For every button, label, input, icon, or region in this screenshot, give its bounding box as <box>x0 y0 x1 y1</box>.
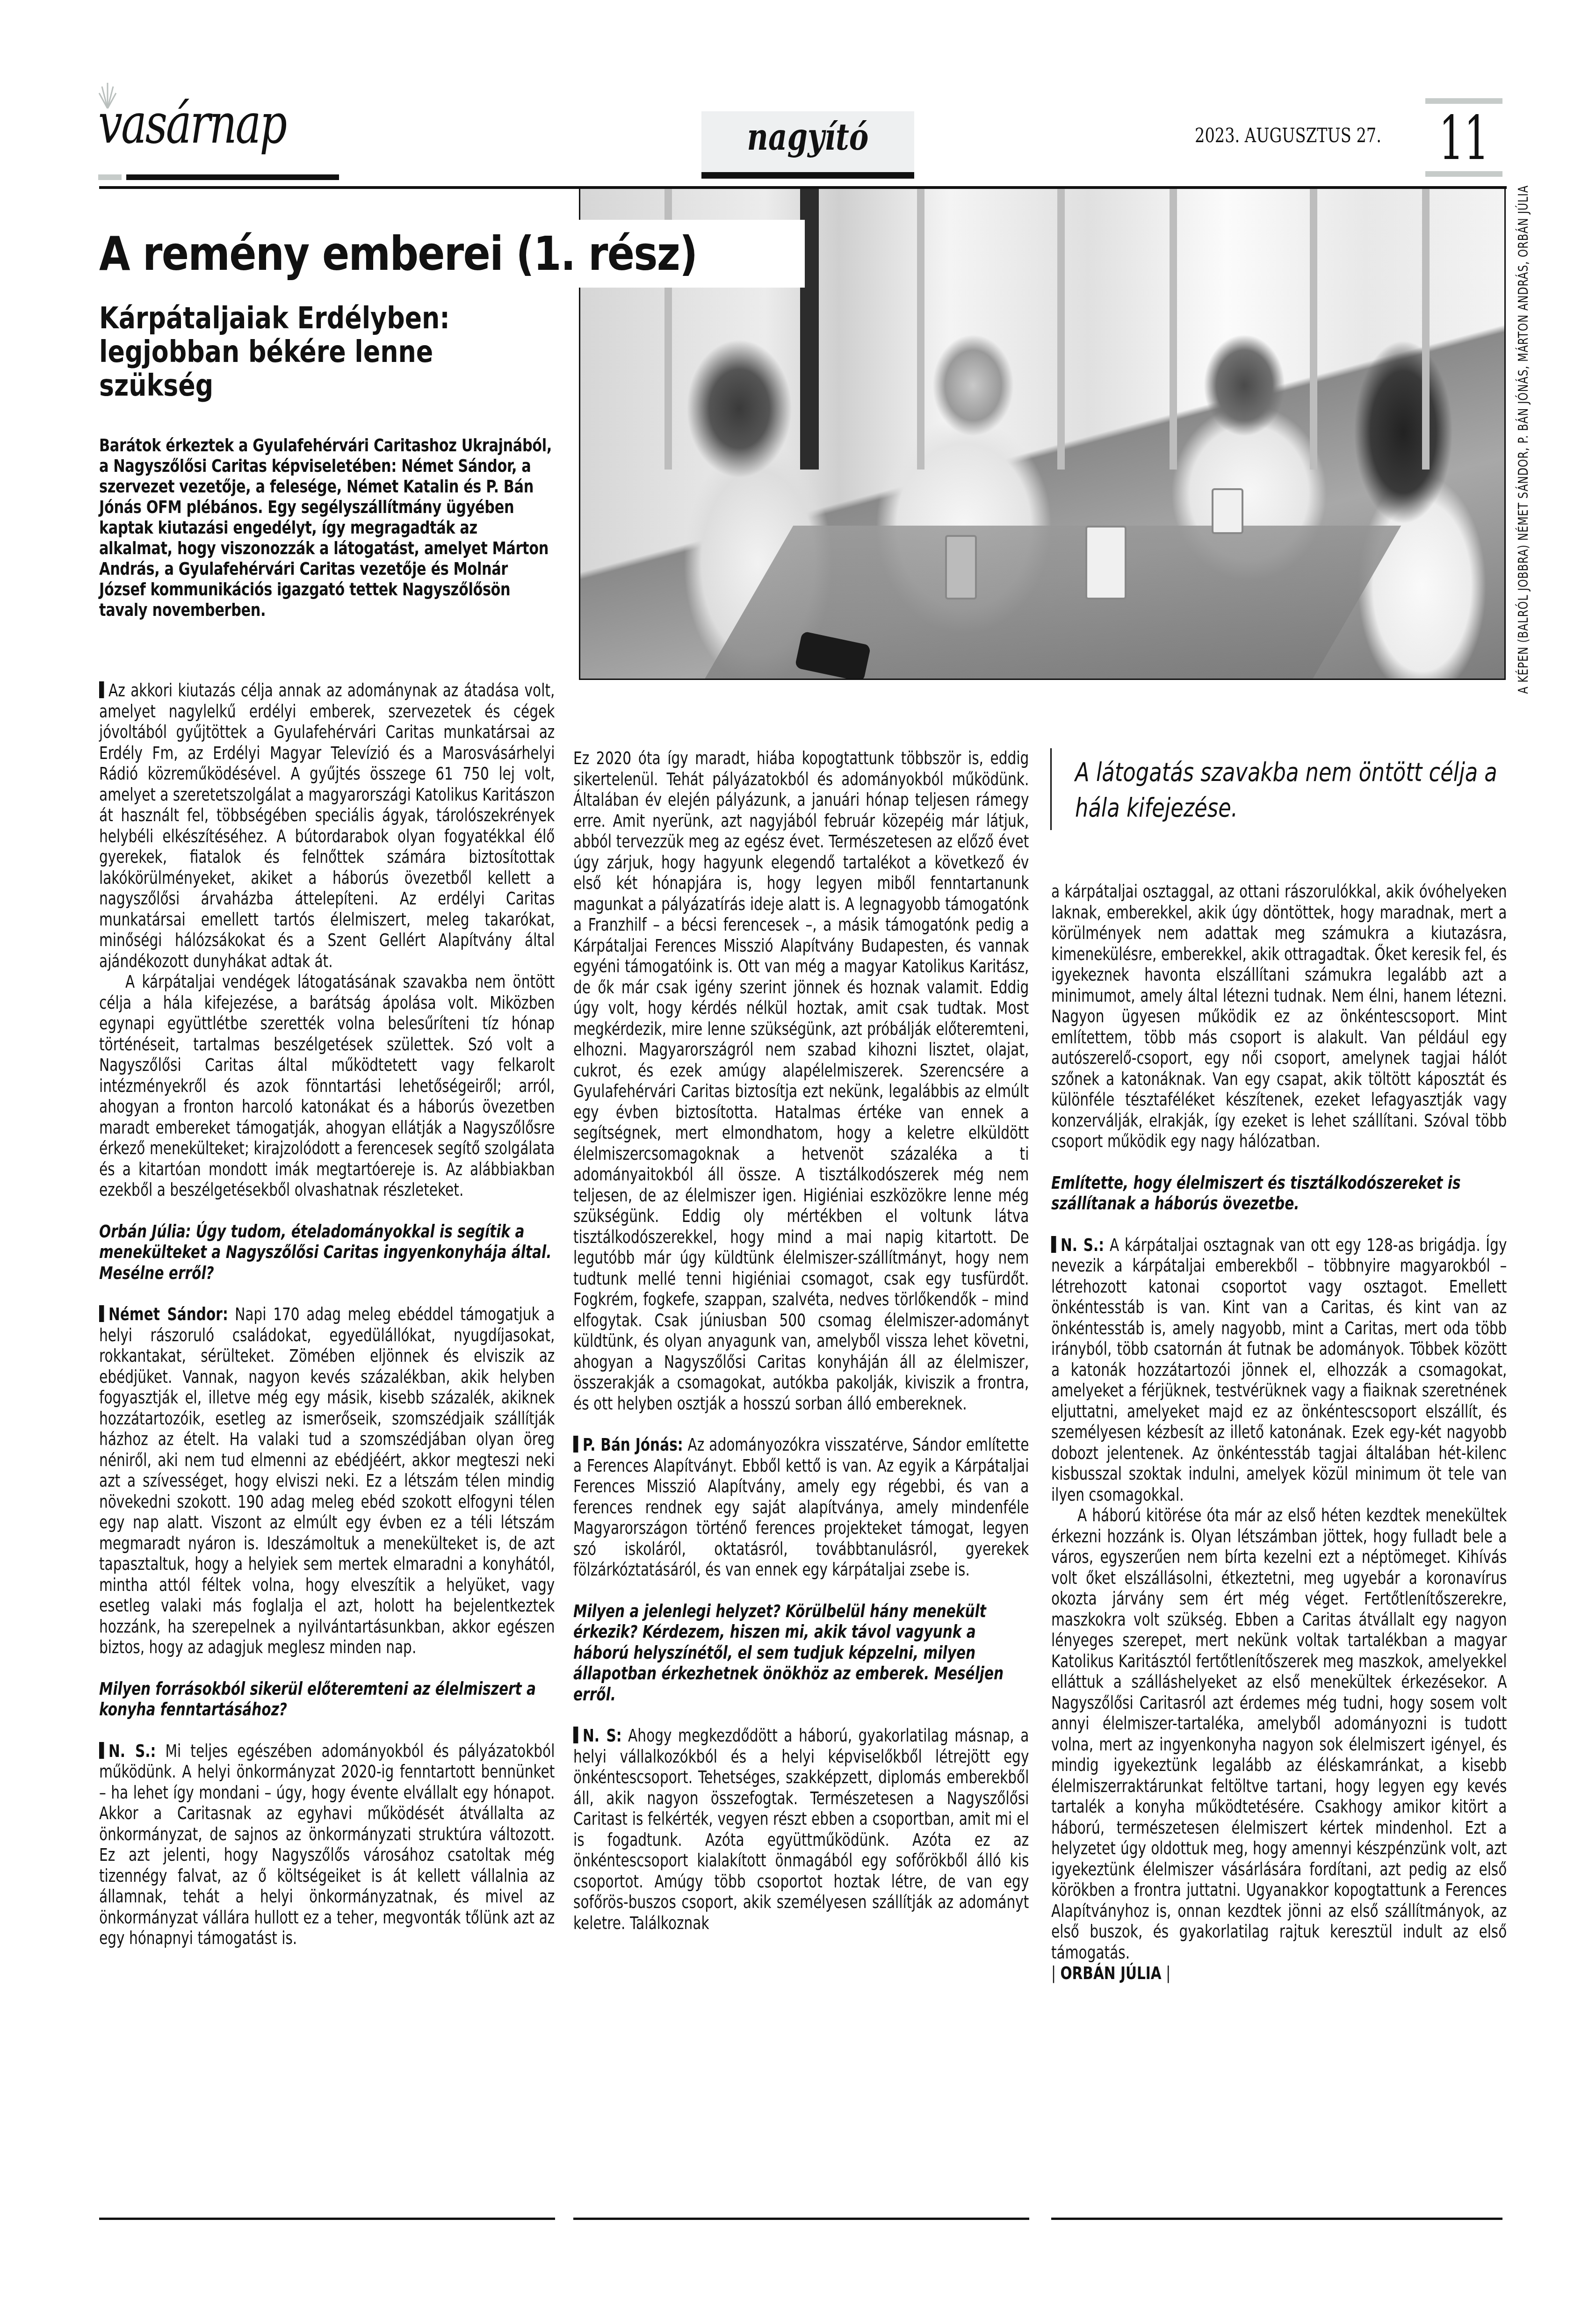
speaker-name: Német Sándor: <box>108 1304 228 1324</box>
lead-paragraph-box: Barátok érkeztek a Gyulafehérvári Carita… <box>99 435 555 620</box>
photo-credit: A KÉPEN (BALRÓL JOBBRA) NÉMET SÁNDOR, P.… <box>1511 201 1535 678</box>
footer-rule <box>573 2218 1029 2220</box>
byline: | ORBÁN JÚLIA | <box>1051 1963 1507 1984</box>
speaker-name: N. S.: <box>1061 1235 1104 1255</box>
page-number: 11 <box>1439 108 1489 168</box>
masthead-underline-stub <box>98 174 122 180</box>
paragraph: A háború kitörése óta már az első héten … <box>1051 1505 1507 1963</box>
paragraph: Az akkori kiutazás célja annak az adomán… <box>99 680 555 972</box>
masthead-name: vasárnap <box>98 96 288 151</box>
interview-question: Milyen a jelenlegi helyzet? Körülbelül h… <box>573 1601 1029 1706</box>
paragraph: A kárpátaljai vendégek látogatásának sza… <box>99 972 555 1201</box>
paragraph-marker-icon <box>99 681 104 698</box>
column-1: Az akkori kiutazás célja annak az adomán… <box>99 680 555 1949</box>
paragraph: Ez 2020 óta így maradt, hiába kopogtattu… <box>573 748 1029 1414</box>
footer-rule <box>99 2218 555 2220</box>
speaker-name: N. S: <box>583 1726 622 1746</box>
subheadline-box: Kárpátaljaiak Erdélyben: legjobban békér… <box>99 302 543 403</box>
issue-date: 2023. AUGUSZTUS 27. <box>1195 124 1381 147</box>
page-number-box: 11 <box>1425 98 1502 177</box>
interview-answer: Német Sándor: Napi 170 adag meleg ebédde… <box>99 1304 555 1658</box>
paragraph-marker-icon <box>573 1436 578 1453</box>
headline-box: A remény emberei (1. rész) <box>94 220 805 288</box>
paragraph-marker-icon <box>573 1727 578 1743</box>
interview-answer: P. Bán Jónás: Az adományozókra visszatér… <box>573 1435 1029 1581</box>
subheadline: Kárpátaljaiak Erdélyben: legjobban békér… <box>99 302 543 403</box>
interview-question: Milyen forrásokból sikerül előteremteni … <box>99 1679 555 1720</box>
section-tag: nagyító <box>701 111 914 173</box>
pull-quote-text: A látogatás szavakba nem öntött célja a … <box>1075 755 1505 826</box>
section-label: nagyító <box>723 116 893 159</box>
paragraph-marker-icon <box>99 1305 104 1322</box>
interview-question: Említette, hogy élelmiszert és tisztálko… <box>1051 1173 1507 1214</box>
pull-quote: A látogatás szavakba nem öntött célja a … <box>1050 748 1491 830</box>
section-underline <box>701 172 914 179</box>
author-name: ORBÁN JÚLIA <box>1060 1963 1161 1983</box>
paragraph-marker-icon <box>1051 1236 1056 1253</box>
column-2: Ez 2020 óta így maradt, hiába kopogtattu… <box>573 748 1029 1934</box>
interview-answer: N. S.: A kárpátaljai osztagnak van ott e… <box>1051 1235 1507 1506</box>
paragraph-marker-icon <box>99 1742 104 1759</box>
footer-rule <box>1051 2218 1502 2220</box>
column-3: a kárpátaljai osztaggal, az ottani rászo… <box>1051 882 1507 1984</box>
headline: A remény emberei (1. rész) <box>99 220 697 288</box>
interview-question: Orbán Júlia: Úgy tudom, ételadományokkal… <box>99 1221 555 1284</box>
speaker-name: N. S.: <box>108 1741 156 1761</box>
speaker-name: P. Bán Jónás: <box>583 1435 683 1455</box>
interview-answer: N. S: Ahogy megkezdődött a háború, gyako… <box>573 1726 1029 1934</box>
interview-answer: N. S.: Mi teljes egészében adományokból … <box>99 1741 555 1949</box>
lead-paragraph: Barátok érkeztek a Gyulafehérvári Carita… <box>99 435 555 620</box>
paragraph: a kárpátaljai osztaggal, az ottani rászo… <box>1051 882 1507 1152</box>
masthead-logo: vasárnap <box>98 96 341 166</box>
masthead-underline <box>126 174 339 180</box>
